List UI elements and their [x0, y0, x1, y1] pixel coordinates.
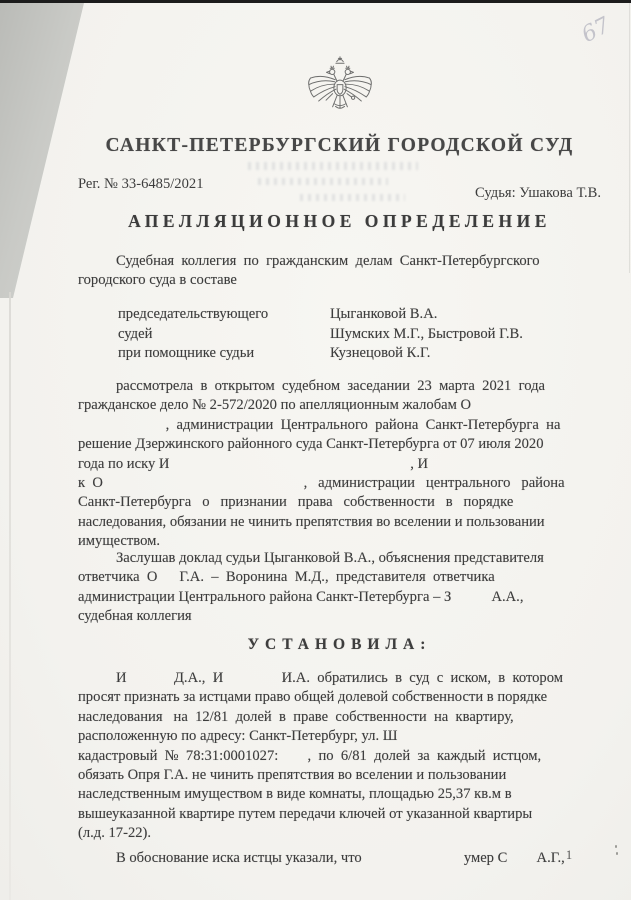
hearing-paragraph: Заслушав доклад судьи Цыганковой В.А., о… [78, 549, 601, 627]
case-line: года по иску И , И [78, 455, 601, 474]
judicial-panel-table: председательствующего Цыганковой В.А. су… [118, 305, 598, 364]
scan-speck [615, 845, 617, 848]
panel-name: Шумских М.Г., Быстровой Г.В. [330, 325, 598, 345]
claim-line: расположенную по адресу: Санкт-Петербург… [78, 727, 601, 746]
case-line: к О , администрации центрального района [78, 474, 601, 493]
claim-line: (л.д. 17-22). [78, 824, 601, 843]
case-line: наследования, обязании не чинить препятс… [78, 513, 601, 532]
scanned-court-document-page: 67 [0, 0, 631, 900]
russia-coat-of-arms-icon [299, 54, 381, 130]
claim-line: И Д.А., И И.А. обратились в суд с иском,… [78, 669, 601, 688]
paper-fold-edge [9, 292, 11, 900]
claim-line: кадастровый № 78:31:0001027: , по 6/81 д… [78, 747, 601, 766]
intro-line: Судебная коллегия по гражданским делам С… [78, 252, 601, 271]
panel-role: судей [118, 325, 330, 345]
page-number: 1 [560, 848, 578, 863]
panel-name: Цыганковой В.А. [330, 305, 598, 325]
case-line: Санкт-Петербурга о признании права собст… [78, 493, 601, 512]
claim-line: вышеуказанной квартире путем передачи кл… [78, 805, 601, 824]
panel-role: при помощнике судьи [118, 344, 330, 364]
hearing-line: ответчика О Г.А. – Воронина М.Д., предст… [78, 568, 601, 587]
case-line: решение Дзержинского районного суда Санк… [78, 435, 601, 454]
scanner-edge-line [0, 0, 631, 3]
scan-speck [616, 852, 618, 855]
case-line: , администрации Центрального района Санк… [78, 416, 601, 435]
emblem-container [78, 54, 601, 135]
panel-role: председательствующего [118, 305, 330, 325]
first-instance-judge: Судья: Ушакова Т.В. [475, 185, 601, 202]
handwritten-page-mark: 67 [578, 13, 614, 48]
basis-line: В обоснование иска истцы указали, что ум… [78, 849, 601, 868]
claim-paragraph: И Д.А., И И.А. обратились в суд с иском,… [78, 669, 601, 844]
document-title: АПЕЛЛЯЦИОННОЕ ОПРЕДЕЛЕНИЕ [78, 211, 601, 232]
hearing-line: администрации Центрального района Санкт-… [78, 588, 601, 607]
hearing-line: судебная коллегия [78, 607, 601, 626]
case-line: рассмотрела в открытом судебном заседани… [78, 377, 601, 396]
case-line: гражданское дело № 2-572/2020 по апелляц… [78, 396, 601, 415]
paper-right-edge [629, 3, 630, 273]
basis-paragraph: В обоснование иска истцы указали, что ум… [78, 849, 601, 868]
ink-bleedthrough-artifact [248, 162, 418, 170]
intro-line: городского суда в составе [78, 271, 601, 290]
panel-name: Кузнецовой К.Г. [330, 344, 598, 364]
claim-line: наследования на 12/81 долей в праве собс… [78, 708, 601, 727]
hearing-line: Заслушав доклад судьи Цыганковой В.А., о… [78, 549, 601, 568]
claim-line: наследственным имуществом в виде комнаты… [78, 785, 601, 804]
claim-line: просят признать за истцами право общей д… [78, 688, 601, 707]
registration-row: Рег. № 33-6485/2021 Судья: Ушакова Т.В. [78, 176, 601, 202]
court-name-heading: САНКТ-ПЕТЕРБУРГСКИЙ ГОРОДСКОЙ СУД [78, 135, 601, 157]
ustanovila-heading: УСТАНОВИЛА: [78, 636, 601, 654]
registration-number: Рег. № 33-6485/2021 [78, 176, 204, 202]
intro-paragraph: Судебная коллегия по гражданским делам С… [78, 252, 601, 291]
case-paragraph: рассмотрела в открытом судебном заседани… [78, 377, 601, 552]
claim-line: обязать Опря Г.А. не чинить препятствия … [78, 766, 601, 785]
